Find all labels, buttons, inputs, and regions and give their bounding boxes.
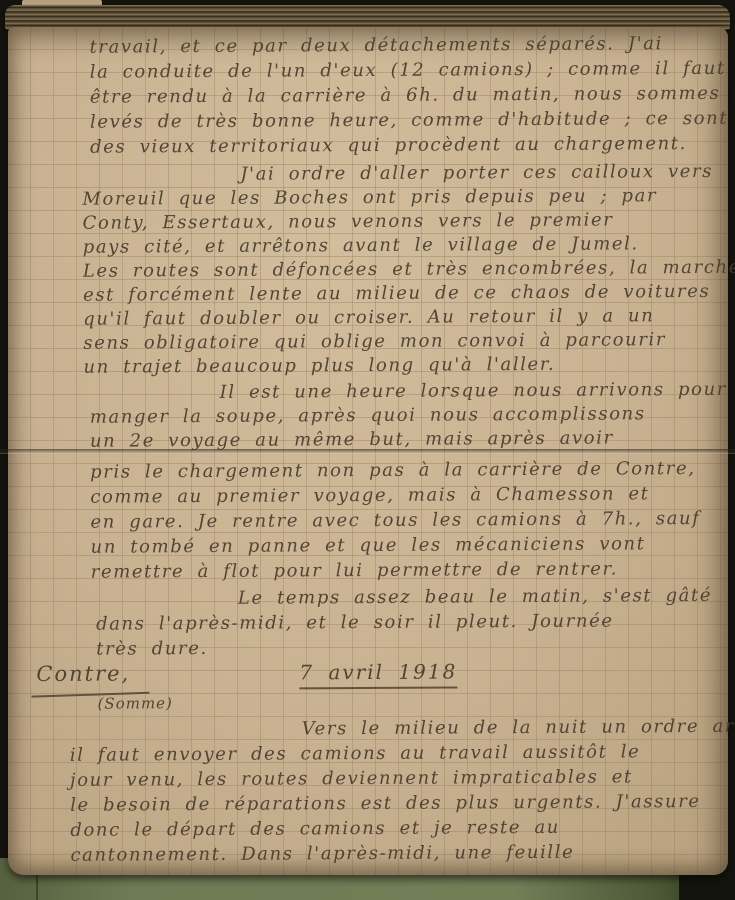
entry-heading-date: 7 avril 1918 [299, 659, 457, 689]
handwritten-line: sens obligatoire qui oblige mon convoi à… [83, 328, 735, 356]
handwritten-line: un tombé en panne et que les mécaniciens… [91, 531, 701, 560]
entry-heading-department: (Somme) [97, 694, 172, 712]
handwritten-line: des vieux territoriaux qui procèdent au … [90, 130, 735, 159]
paragraph-soup: Il est une heure lorsque nous arrivons p… [90, 378, 728, 454]
entry-heading-place: Contre, [36, 661, 130, 686]
handwritten-line: cantonnement. Dans l'après-midi, une feu… [70, 838, 735, 867]
handwritten-line: il faut envoyer des camions au travail a… [70, 738, 735, 767]
handwritten-line: en gare. Je rentre avec tous les camions… [90, 506, 700, 535]
handwritten-line: un 2e voyage au même but, mais après avo… [90, 426, 727, 454]
handwritten-line: travail, et ce par deux détachements sép… [89, 30, 735, 59]
handwritten-line: la conduite de l'un d'eux (12 camions) ;… [90, 55, 735, 84]
handwritten-line: manger la soupe, après quoi nous accompl… [90, 402, 727, 430]
paragraph-convoy: J'ai ordre d'aller porter ces cailloux v… [82, 160, 735, 380]
handwritten-line: comme au premier voyage, mais à Chamesso… [90, 481, 700, 510]
diary-text: travail, et ce par deux détachements sép… [0, 0, 735, 900]
handwritten-line: dans l'après-midi, et le soir il pleut. … [96, 608, 712, 637]
handwritten-line: être rendu à la carrière à 6h. du matin,… [90, 80, 735, 109]
handwritten-line: Le temps assez beau le matin, s'est gâté [96, 583, 712, 612]
handwritten-line: pris le chargement non pas à la carrière… [90, 456, 700, 485]
handwritten-line: Moreuil que les Boches ont pris depuis p… [82, 184, 735, 212]
handwritten-line: un trajet beaucoup plus long qu'à l'alle… [83, 352, 735, 380]
paragraph-weather: Le temps assez beau le matin, s'est gâté… [96, 583, 713, 662]
paragraph-night-order: Vers le milieu de la nuit un ordre arriv… [70, 713, 735, 867]
handwritten-line: remettre à flot pour lui permettre de re… [91, 556, 701, 585]
handwritten-line: levés de très bonne heure, comme d'habit… [90, 105, 735, 134]
handwritten-line: le besoin de réparations est des plus ur… [70, 788, 735, 817]
paragraph-second-trip: pris le chargement non pas à la carrière… [90, 456, 701, 585]
notebook-photo: travail, et ce par deux détachements sép… [0, 0, 735, 900]
handwritten-line: très dure. [96, 633, 712, 662]
paragraph-continuation-1: travail, et ce par deux détachements sép… [89, 30, 735, 159]
